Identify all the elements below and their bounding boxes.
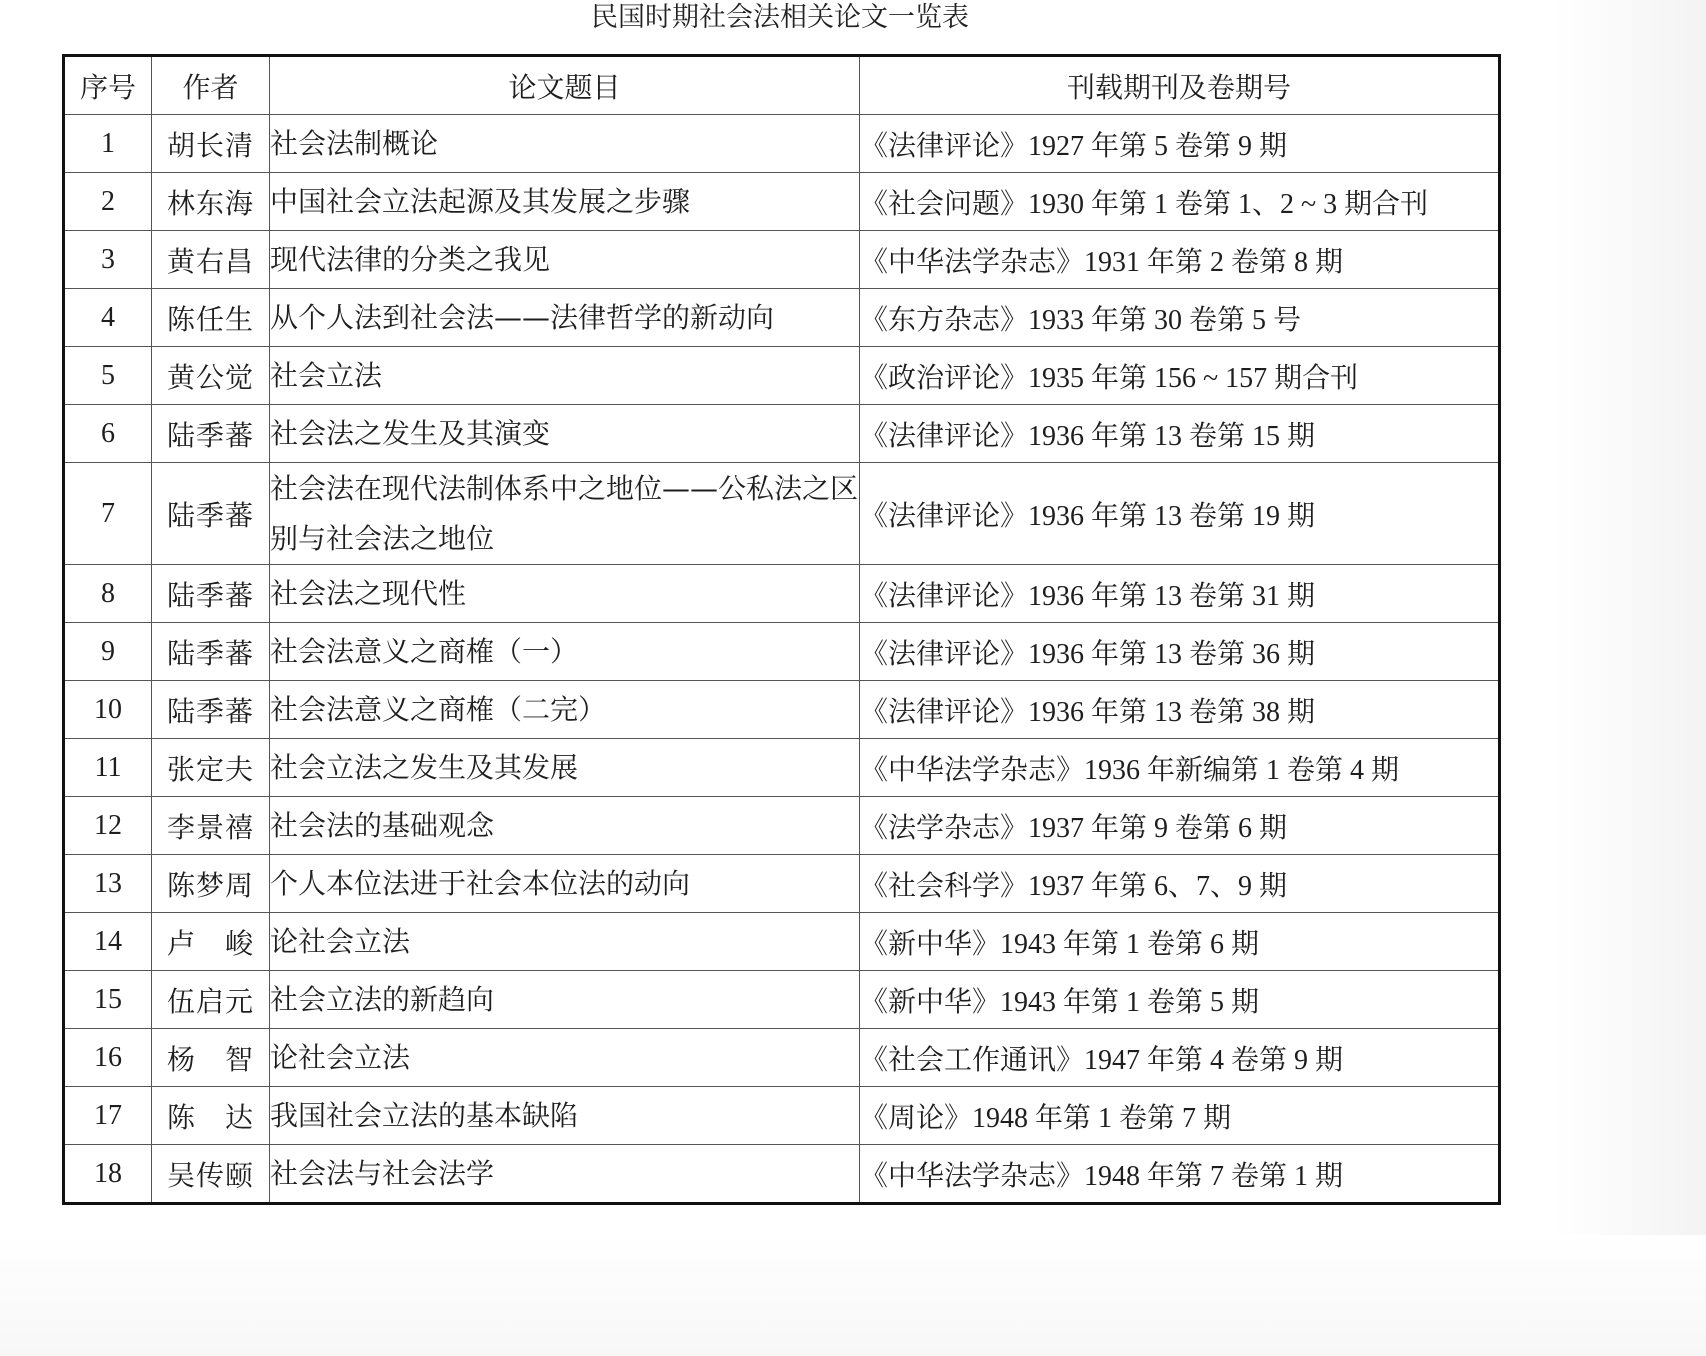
row-journal: 《法律评论》1927 年第 5 卷第 9 期	[860, 115, 1500, 173]
row-author: 吴传颐	[152, 1145, 270, 1204]
row-number: 7	[64, 463, 152, 565]
row-journal: 《法律评论》1936 年第 13 卷第 15 期	[860, 405, 1500, 463]
row-number: 9	[64, 623, 152, 681]
row-journal: 《法律评论》1936 年第 13 卷第 38 期	[860, 681, 1500, 739]
header-journal: 刊载期刊及卷期号	[860, 56, 1500, 115]
row-journal: 《中华法学杂志》1931 年第 2 卷第 8 期	[860, 231, 1500, 289]
row-journal: 《新中华》1943 年第 1 卷第 5 期	[860, 971, 1500, 1029]
row-number: 1	[64, 115, 152, 173]
row-author: 伍启元	[152, 971, 270, 1029]
row-number: 14	[64, 913, 152, 971]
page-background	[0, 1235, 1706, 1356]
row-title: 社会立法的新趋向	[270, 971, 860, 1029]
table-row: 3黄右昌现代法律的分类之我见《中华法学杂志》1931 年第 2 卷第 8 期	[64, 231, 1500, 289]
table-row: 11张定夫社会立法之发生及其发展《中华法学杂志》1936 年新编第 1 卷第 4…	[64, 739, 1500, 797]
row-journal: 《法学杂志》1937 年第 9 卷第 6 期	[860, 797, 1500, 855]
table-row: 10陆季蕃社会法意义之商榷（二完）《法律评论》1936 年第 13 卷第 38 …	[64, 681, 1500, 739]
row-number: 2	[64, 173, 152, 231]
row-author: 陆季蕃	[152, 463, 270, 565]
row-title: 社会立法之发生及其发展	[270, 739, 860, 797]
table-row: 7陆季蕃社会法在现代法制体系中之地位——公私法之区别与社会法之地位《法律评论》1…	[64, 463, 1500, 565]
row-title: 现代法律的分类之我见	[270, 231, 860, 289]
row-number: 15	[64, 971, 152, 1029]
table-row: 2林东海中国社会立法起源及其发展之步骤《社会问题》1930 年第 1 卷第 1、…	[64, 173, 1500, 231]
row-journal: 《法律评论》1936 年第 13 卷第 31 期	[860, 565, 1500, 623]
row-title: 从个人法到社会法——法律哲学的新动向	[270, 289, 860, 347]
row-title: 社会法之现代性	[270, 565, 860, 623]
row-number: 10	[64, 681, 152, 739]
row-author: 陆季蕃	[152, 565, 270, 623]
row-title: 社会法在现代法制体系中之地位——公私法之区别与社会法之地位	[270, 463, 860, 565]
row-number: 3	[64, 231, 152, 289]
row-author: 陆季蕃	[152, 681, 270, 739]
table-title: 民国时期社会法相关论文一览表	[0, 0, 1560, 36]
row-author: 陆季蕃	[152, 405, 270, 463]
row-title: 社会立法	[270, 347, 860, 405]
row-number: 17	[64, 1087, 152, 1145]
header-author: 作者	[152, 56, 270, 115]
row-number: 16	[64, 1029, 152, 1087]
row-title: 个人本位法进于社会本位法的动向	[270, 855, 860, 913]
row-title: 社会法意义之商榷（二完）	[270, 681, 860, 739]
row-number: 12	[64, 797, 152, 855]
row-author: 黄右昌	[152, 231, 270, 289]
row-journal: 《政治评论》1935 年第 156 ~ 157 期合刊	[860, 347, 1500, 405]
row-title: 社会法制概论	[270, 115, 860, 173]
row-journal: 《社会问题》1930 年第 1 卷第 1、2 ~ 3 期合刊	[860, 173, 1500, 231]
row-number: 11	[64, 739, 152, 797]
row-title: 中国社会立法起源及其发展之步骤	[270, 173, 860, 231]
row-author: 陈 达	[152, 1087, 270, 1145]
header-no: 序号	[64, 56, 152, 115]
table-header-row: 序号 作者 论文题目 刊载期刊及卷期号	[64, 56, 1500, 115]
row-number: 13	[64, 855, 152, 913]
row-journal: 《中华法学杂志》1948 年第 7 卷第 1 期	[860, 1145, 1500, 1204]
row-number: 4	[64, 289, 152, 347]
row-author: 陆季蕃	[152, 623, 270, 681]
row-number: 8	[64, 565, 152, 623]
row-journal: 《法律评论》1936 年第 13 卷第 19 期	[860, 463, 1500, 565]
table-row: 6陆季蕃社会法之发生及其演变《法律评论》1936 年第 13 卷第 15 期	[64, 405, 1500, 463]
row-journal: 《社会科学》1937 年第 6、7、9 期	[860, 855, 1500, 913]
row-title: 社会法之发生及其演变	[270, 405, 860, 463]
row-journal: 《中华法学杂志》1936 年新编第 1 卷第 4 期	[860, 739, 1500, 797]
row-journal: 《法律评论》1936 年第 13 卷第 36 期	[860, 623, 1500, 681]
row-author: 陈梦周	[152, 855, 270, 913]
row-title: 社会法与社会法学	[270, 1145, 860, 1204]
table-row: 15伍启元社会立法的新趋向《新中华》1943 年第 1 卷第 5 期	[64, 971, 1500, 1029]
row-author: 张定夫	[152, 739, 270, 797]
row-journal: 《社会工作通讯》1947 年第 4 卷第 9 期	[860, 1029, 1500, 1087]
table-row: 16杨 智论社会立法《社会工作通讯》1947 年第 4 卷第 9 期	[64, 1029, 1500, 1087]
papers-table: 序号 作者 论文题目 刊载期刊及卷期号 1胡长清社会法制概论《法律评论》1927…	[62, 54, 1501, 1205]
row-title: 论社会立法	[270, 913, 860, 971]
row-author: 林东海	[152, 173, 270, 231]
row-author: 李景禧	[152, 797, 270, 855]
row-journal: 《周论》1948 年第 1 卷第 7 期	[860, 1087, 1500, 1145]
row-author: 胡长清	[152, 115, 270, 173]
table-row: 12李景禧社会法的基础观念《法学杂志》1937 年第 9 卷第 6 期	[64, 797, 1500, 855]
row-title: 我国社会立法的基本缺陷	[270, 1087, 860, 1145]
row-number: 6	[64, 405, 152, 463]
row-number: 18	[64, 1145, 152, 1204]
table-row: 1胡长清社会法制概论《法律评论》1927 年第 5 卷第 9 期	[64, 115, 1500, 173]
row-title: 论社会立法	[270, 1029, 860, 1087]
table-row: 17陈 达我国社会立法的基本缺陷《周论》1948 年第 1 卷第 7 期	[64, 1087, 1500, 1145]
table-row: 9陆季蕃社会法意义之商榷（一）《法律评论》1936 年第 13 卷第 36 期	[64, 623, 1500, 681]
table-row: 13陈梦周个人本位法进于社会本位法的动向《社会科学》1937 年第 6、7、9 …	[64, 855, 1500, 913]
row-title: 社会法的基础观念	[270, 797, 860, 855]
row-author: 杨 智	[152, 1029, 270, 1087]
header-title: 论文题目	[270, 56, 860, 115]
table-row: 4陈任生从个人法到社会法——法律哲学的新动向《东方杂志》1933 年第 30 卷…	[64, 289, 1500, 347]
row-author: 卢 峻	[152, 913, 270, 971]
table-row: 8陆季蕃社会法之现代性《法律评论》1936 年第 13 卷第 31 期	[64, 565, 1500, 623]
row-title: 社会法意义之商榷（一）	[270, 623, 860, 681]
row-journal: 《新中华》1943 年第 1 卷第 6 期	[860, 913, 1500, 971]
table-row: 18吴传颐社会法与社会法学《中华法学杂志》1948 年第 7 卷第 1 期	[64, 1145, 1500, 1204]
row-author: 黄公觉	[152, 347, 270, 405]
row-journal: 《东方杂志》1933 年第 30 卷第 5 号	[860, 289, 1500, 347]
table-row: 14卢 峻论社会立法《新中华》1943 年第 1 卷第 6 期	[64, 913, 1500, 971]
row-number: 5	[64, 347, 152, 405]
table-row: 5黄公觉社会立法《政治评论》1935 年第 156 ~ 157 期合刊	[64, 347, 1500, 405]
row-author: 陈任生	[152, 289, 270, 347]
